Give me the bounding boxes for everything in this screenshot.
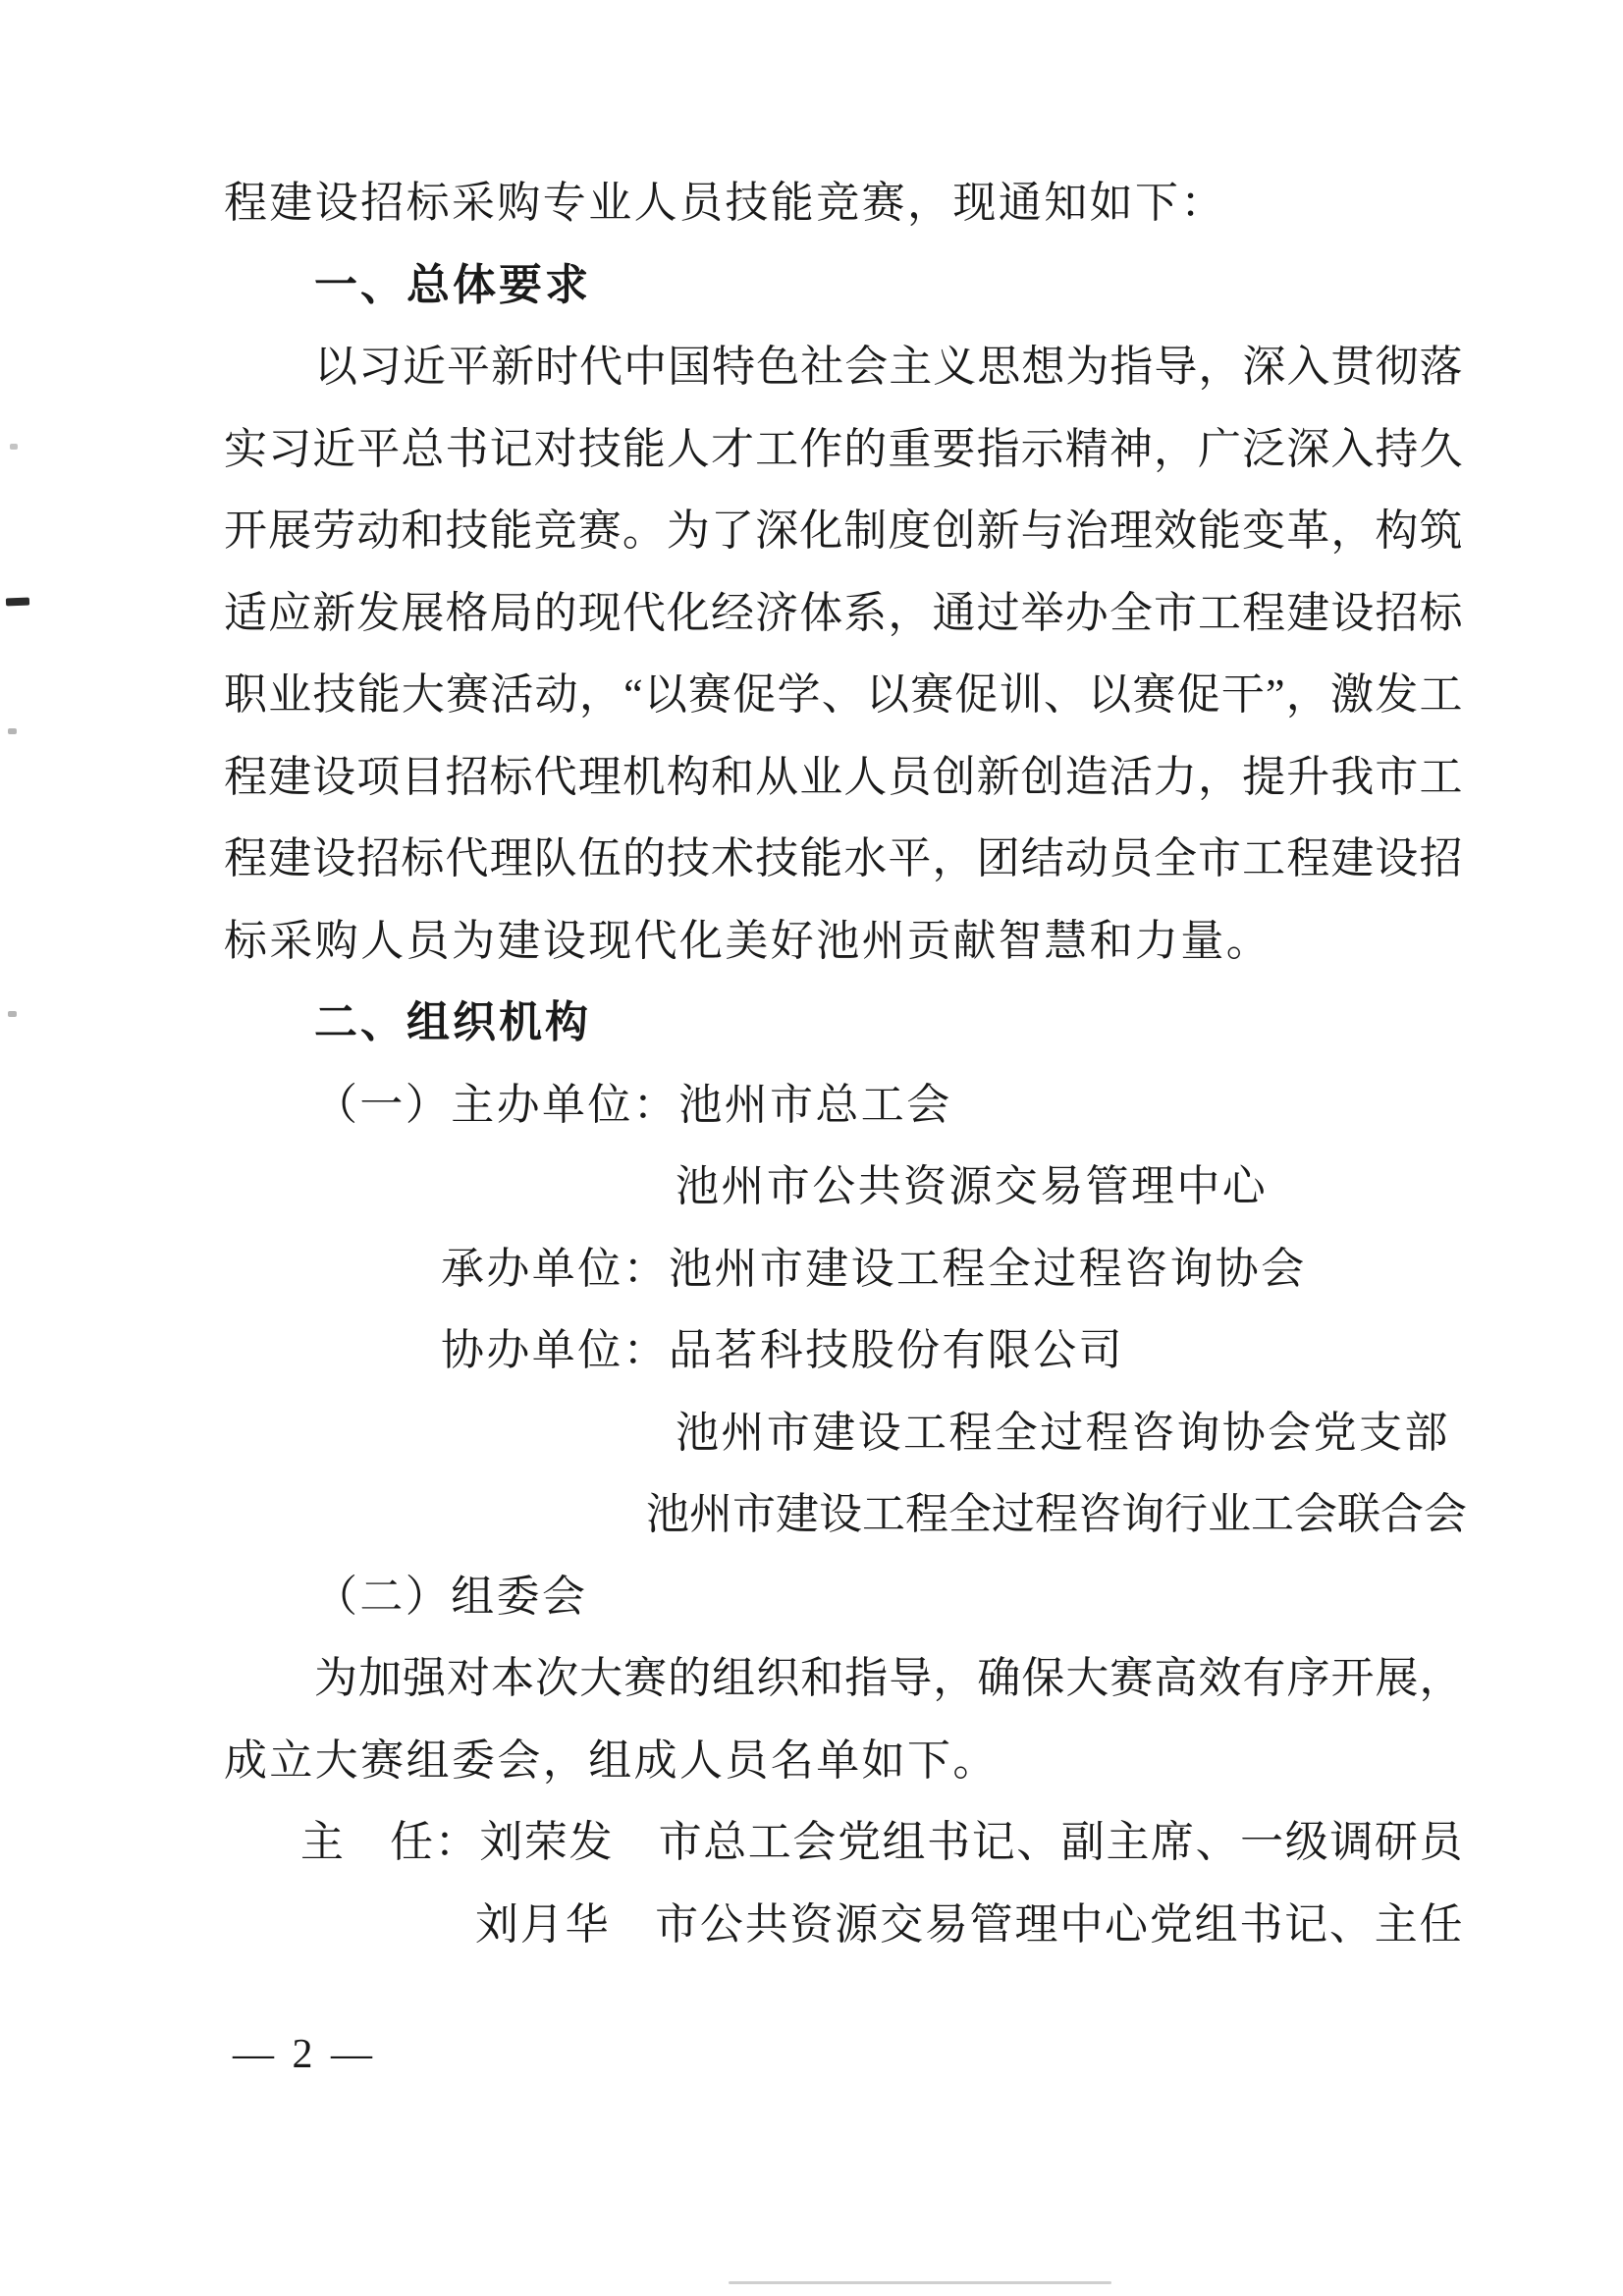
co-organizer-line-1: 协办单位：品茗科技股份有限公司 xyxy=(224,1309,1463,1392)
paragraph-line: 适应新发展格局的现代化经济体系，通过举办全市工程建设招标 xyxy=(224,572,1463,655)
paragraph-line: 职业技能大赛活动，“以赛促学、以赛促训、以赛促干”，激发工 xyxy=(224,654,1463,736)
paragraph-line: 以习近平新时代中国特色社会主义思想为指导，深入贯彻落 xyxy=(224,326,1463,408)
continuation-line: 程建设招标采购专业人员技能竞赛，现通知如下： xyxy=(224,162,1463,244)
committee-heading: （二）组委会 xyxy=(224,1556,1463,1638)
co-organizer-line-2: 池州市建设工程全过程咨询协会党支部 xyxy=(224,1392,1463,1474)
section-2-heading: 二、组织机构 xyxy=(224,982,1463,1064)
co-organizer-line-3: 池州市建设工程全过程咨询行业工会联合会 xyxy=(224,1473,1463,1556)
paragraph-line: 程建设项目招标代理机构和从业人员创新创造活力，提升我市工 xyxy=(224,736,1463,819)
director-line-1: 主 任：刘荣发 市总工会党组书记、副主席、一级调研员 xyxy=(224,1801,1463,1884)
scan-artifact xyxy=(8,728,17,734)
scan-artifact xyxy=(8,1011,17,1017)
paragraph-line: 标采购人员为建设现代化美好池州贡献智慧和力量。 xyxy=(224,900,1463,983)
scan-artifact xyxy=(10,444,18,450)
paragraph-line: 开展劳动和技能竞赛。为了深化制度创新与治理效能变革，构筑 xyxy=(224,490,1463,572)
document-body: 程建设招标采购专业人员技能竞赛，现通知如下： 一、总体要求 以习近平新时代中国特… xyxy=(224,162,1463,1965)
committee-line-1: 为加强对本次大赛的组织和指导，确保大赛高效有序开展， xyxy=(224,1637,1463,1720)
committee-line-2: 成立大赛组委会，组成人员名单如下。 xyxy=(224,1720,1463,1802)
director-line-2: 刘月华 市公共资源交易管理中心党组书记、主任 xyxy=(224,1884,1463,1966)
paragraph-line: 实习近平总书记对技能人才工作的重要指示精神，广泛深入持久 xyxy=(224,408,1463,491)
scan-artifact xyxy=(729,2281,1111,2284)
document-page: 程建设招标采购专业人员技能竞赛，现通知如下： 一、总体要求 以习近平新时代中国特… xyxy=(0,0,1623,2296)
host-org-line-2: 池州市公共资源交易管理中心 xyxy=(224,1146,1463,1228)
paragraph-line: 程建设招标代理队伍的技术技能水平，团结动员全市工程建设招 xyxy=(224,818,1463,900)
page-number: — 2 — xyxy=(233,2034,376,2075)
undertaker-line: 承办单位：池州市建设工程全过程咨询协会 xyxy=(224,1228,1463,1310)
section-1-heading: 一、总体要求 xyxy=(224,244,1463,327)
host-org-line-1: （一）主办单位：池州市总工会 xyxy=(224,1064,1463,1147)
scan-artifact xyxy=(6,598,29,607)
